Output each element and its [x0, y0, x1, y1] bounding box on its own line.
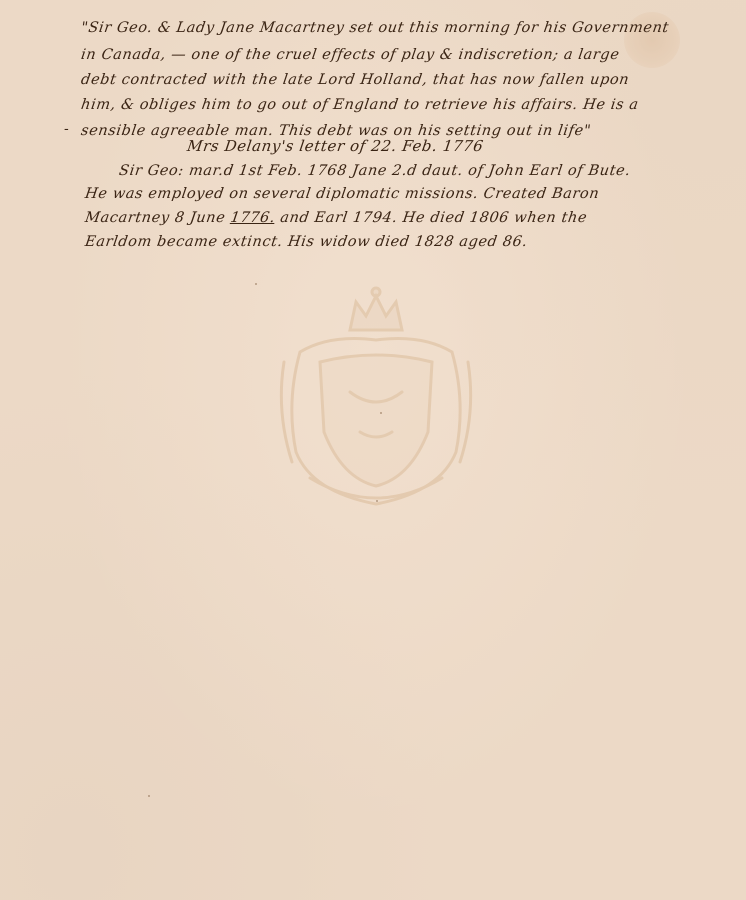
note-line-3-end: and Earl 1794. He died 1806 when the [274, 210, 588, 226]
note-line-2: He was employed on several diplomatic mi… [84, 186, 600, 202]
quote-line-3: debt contracted with the late Lord Holla… [80, 72, 630, 88]
note-line-3-start: Macartney 8 June [84, 210, 232, 226]
source-citation: Mrs Delany's letter of 22. Feb. 1776 [186, 137, 485, 155]
quote-line-2: in Canada, — one of the cruel effects of… [80, 47, 621, 63]
note-line-3: Macartney 8 June 1776. and Earl 1794. He… [84, 210, 588, 226]
paper-fleck [380, 412, 382, 414]
quote-line-1: "Sir Geo. & Lady Jane Macartney set out … [80, 20, 670, 36]
note-line-1: Sir Geo: mar.d 1st Feb. 1768 Jane 2.d da… [118, 163, 632, 179]
paper-fleck [148, 795, 150, 797]
paper-fleck [255, 283, 257, 285]
underlined-year: 1776. [229, 210, 276, 226]
crest-emboss-icon [270, 282, 482, 510]
paper-fleck [376, 500, 378, 502]
quote-line-4: him, & obliges him to go out of England … [80, 97, 640, 113]
note-line-4: Earldom became extinct. His widow died 1… [84, 234, 529, 250]
manuscript-page: - "Sir Geo. & Lady Jane Macartney set ou… [0, 0, 746, 900]
margin-mark: - [64, 121, 69, 137]
